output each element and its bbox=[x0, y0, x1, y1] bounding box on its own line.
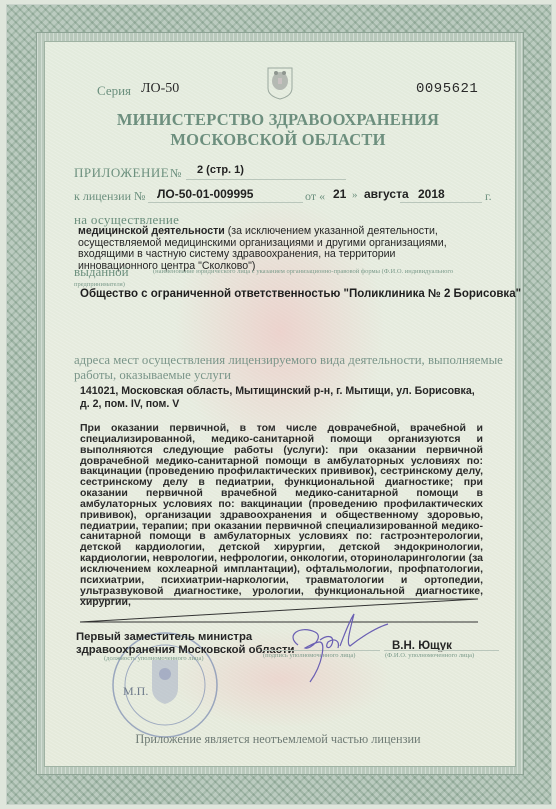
handwritten-signature-icon bbox=[280, 610, 390, 685]
signer-position-hint: (должность уполномоченного лица) bbox=[104, 655, 204, 662]
footer-note: Приложение является неотъемлемой частью … bbox=[0, 732, 556, 747]
appendix-number-value: 2 (стр. 1) bbox=[197, 164, 244, 176]
appendix-label: ПРИЛОЖЕНИЕ bbox=[74, 165, 169, 181]
organization-name: Общество с ограниченной ответственностью… bbox=[80, 288, 521, 300]
works-services-list: При оказании первичной, в том числе довр… bbox=[80, 423, 483, 607]
date-day-close: » bbox=[352, 189, 358, 201]
series-value: ЛО-50 bbox=[141, 81, 179, 97]
signer-position: Первый заместитель министра здравоохране… bbox=[76, 631, 294, 657]
serial-number: 0095621 bbox=[416, 81, 478, 97]
name-field-line bbox=[384, 650, 499, 651]
ministry-title-line2: МОСКОВСКОЙ ОБЛАСТИ bbox=[0, 130, 556, 150]
activity-description: медицинской деятельности (за исключением… bbox=[78, 226, 478, 273]
date-day: 21 bbox=[333, 187, 346, 201]
issued-hint: (наименование юридического лица с указан… bbox=[153, 268, 493, 275]
license-number: ЛО-50-01-009995 bbox=[157, 187, 253, 201]
appendix-field-line bbox=[186, 179, 346, 180]
license-appendix-document: Серия ЛО-50 0095621 МИНИСТЕРСТВО ЗДРАВОО… bbox=[0, 0, 556, 809]
date-month: августа bbox=[364, 187, 409, 201]
year-suffix: г. bbox=[485, 189, 492, 204]
signer-position-line1: Первый заместитель министра bbox=[76, 631, 294, 644]
ministry-title: МИНИСТЕРСТВО ЗДРАВООХРАНЕНИЯ МОСКОВСКОЙ … bbox=[0, 110, 556, 150]
ministry-title-line1: МИНИСТЕРСТВО ЗДРАВООХРАНЕНИЯ bbox=[0, 110, 556, 130]
stamp-label: М.П. bbox=[123, 684, 148, 699]
activity-title: медицинской деятельности bbox=[78, 225, 225, 237]
issued-hint-continued: предпринимателя) bbox=[74, 281, 125, 288]
license-label: к лицензии № bbox=[74, 189, 145, 204]
coat-of-arms-icon bbox=[266, 66, 294, 100]
signer-name-hint: (Ф.И.О. уполномоченного лица) bbox=[385, 652, 474, 659]
date-field-line bbox=[400, 202, 482, 203]
series-label: Серия bbox=[97, 83, 131, 99]
license-field-line bbox=[148, 202, 303, 203]
address-value: 141021, Московская область, Мытищинский … bbox=[80, 385, 480, 411]
address-label: адреса мест осуществления лицензируемого… bbox=[74, 353, 504, 382]
appendix-number-sign: № bbox=[170, 166, 181, 181]
date-year: 2018 bbox=[418, 187, 445, 201]
date-prefix: от « bbox=[305, 189, 325, 204]
issued-label: выданной bbox=[74, 264, 129, 280]
